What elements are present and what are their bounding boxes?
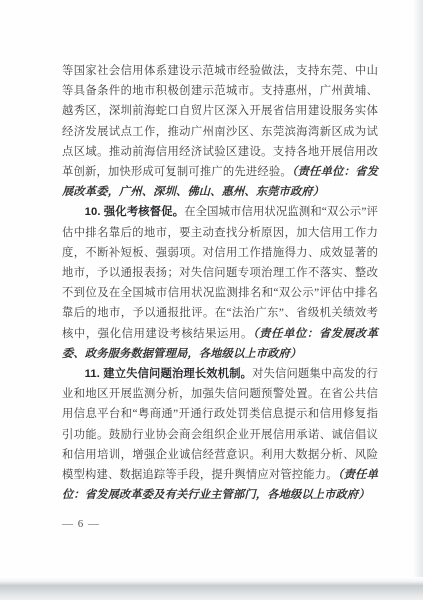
body-text: 等国家社会信用体系建设示范城市经验做法，支持东莞、中山等具备条件的地市积极创建示… — [62, 65, 378, 178]
paragraph: 11. 建立失信问题治理长效机制。对失信问题集中高发的行业和地区开展监测分析，加… — [62, 364, 378, 505]
paragraph: 等国家社会信用体系建设示范城市经验做法，支持东莞、中山等具备条件的地市积极创建示… — [62, 61, 378, 202]
page-number: — 6 — — [62, 518, 100, 530]
item-heading: 10. 强化考核督促。 — [85, 206, 185, 218]
body-text: 在全国城市信用状况监测和“双公示”评估中排名靠后的地市，要主动查找分析原因，加大… — [62, 206, 378, 339]
scan-edge-bottom-shading — [0, 577, 423, 600]
scan-edge-right-shading — [413, 0, 423, 578]
paragraph: 10. 强化考核督促。在全国城市信用状况监测和“双公示”评估中排名靠后的地市，要… — [62, 202, 378, 364]
document-body: 等国家社会信用体系建设示范城市经验做法，支持东莞、中山等具备条件的地市积极创建示… — [62, 61, 378, 505]
body-text: 对失信问题集中高发的行业和地区开展监测分析，加强失信问题预警处置。在省公共信用信… — [62, 368, 378, 481]
scanned-document-page: 等国家社会信用体系建设示范城市经验做法，支持东莞、中山等具备条件的地市积极创建示… — [0, 0, 423, 600]
item-heading: 11. 建立失信问题治理长效机制。 — [85, 368, 253, 380]
